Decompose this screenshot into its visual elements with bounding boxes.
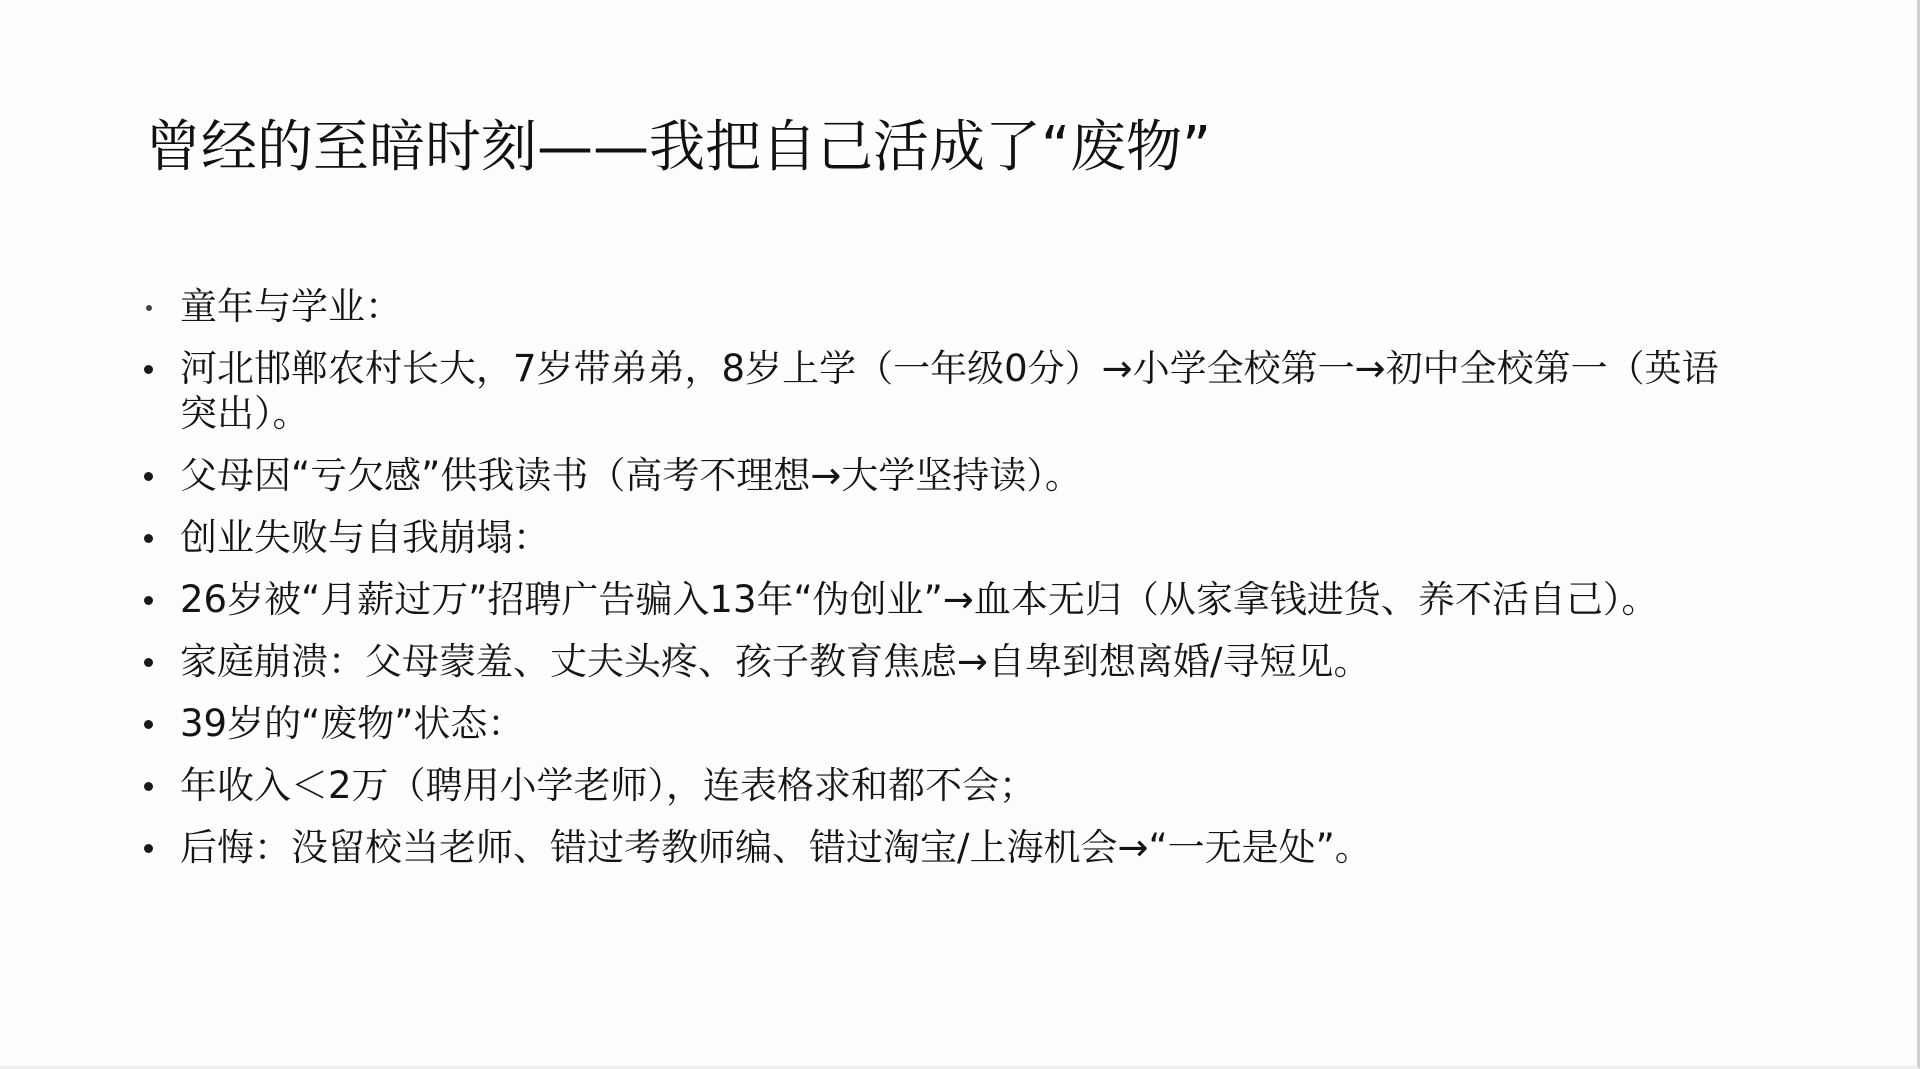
bullet-item: 家庭崩溃：父母蒙羞、丈夫头疼、孩子教育焦虑→自卑到想离婚/寻短见。: [140, 639, 1750, 684]
bullet-text: 父母因“亏欠感”供我读书（高考不理想→大学坚持读）。: [180, 454, 1082, 497]
bullet-dot-icon: [144, 365, 153, 374]
bullet-dot-icon: [144, 844, 153, 853]
bullet-item: 童年与学业：: [140, 284, 1750, 329]
bullet-dot-icon: [144, 720, 153, 729]
bullet-text: 创业失败与自我崩塌：: [180, 516, 550, 559]
bullet-text: 后悔：没留校当老师、错过考教师编、错过淘宝/上海机会→“一无是处”。: [180, 826, 1372, 869]
bullet-item: 后悔：没留校当老师、错过考教师编、错过淘宝/上海机会→“一无是处”。: [140, 825, 1750, 870]
bullet-text: 童年与学业：: [180, 285, 402, 328]
bullet-text: 26岁被“月薪过万”招聘广告骗入13年“伪创业”→血本无归（从家拿钱进货、养不活…: [180, 578, 1658, 621]
bullet-item: 父母因“亏欠感”供我读书（高考不理想→大学坚持读）。: [140, 453, 1750, 498]
bullet-text: 河北邯郸农村长大，7岁带弟弟，8岁上学（一年级0分）→小学全校第一→初中全校第一…: [180, 347, 1719, 435]
bullet-text: 39岁的“废物”状态：: [180, 702, 524, 745]
bullet-item: 26岁被“月薪过万”招聘广告骗入13年“伪创业”→血本无归（从家拿钱进货、养不活…: [140, 577, 1750, 622]
bullet-dot-icon: [144, 534, 153, 543]
bullet-dot-icon: [146, 305, 152, 311]
bullet-dot-icon: [144, 782, 153, 791]
slide-title: 曾经的至暗时刻——我把自己活成了“废物”: [145, 108, 1211, 188]
bullet-text: 年收入＜2万（聘用小学老师），连表格求和都不会；: [180, 764, 1036, 807]
bullet-dot-icon: [144, 658, 153, 667]
bullet-item: 河北邯郸农村长大，7岁带弟弟，8岁上学（一年级0分）→小学全校第一→初中全校第一…: [140, 346, 1750, 436]
bullet-text: 家庭崩溃：父母蒙羞、丈夫头疼、孩子教育焦虑→自卑到想离婚/寻短见。: [180, 640, 1370, 683]
bullet-list: 童年与学业： 河北邯郸农村长大，7岁带弟弟，8岁上学（一年级0分）→小学全校第一…: [140, 284, 1750, 887]
bullet-dot-icon: [144, 596, 153, 605]
presentation-slide: 曾经的至暗时刻——我把自己活成了“废物” 童年与学业： 河北邯郸农村长大，7岁带…: [0, 0, 1920, 1069]
bullet-item: 创业失败与自我崩塌：: [140, 515, 1750, 560]
bullet-item: 39岁的“废物”状态：: [140, 701, 1750, 746]
bullet-item: 年收入＜2万（聘用小学老师），连表格求和都不会；: [140, 763, 1750, 808]
bullet-dot-icon: [144, 472, 153, 481]
